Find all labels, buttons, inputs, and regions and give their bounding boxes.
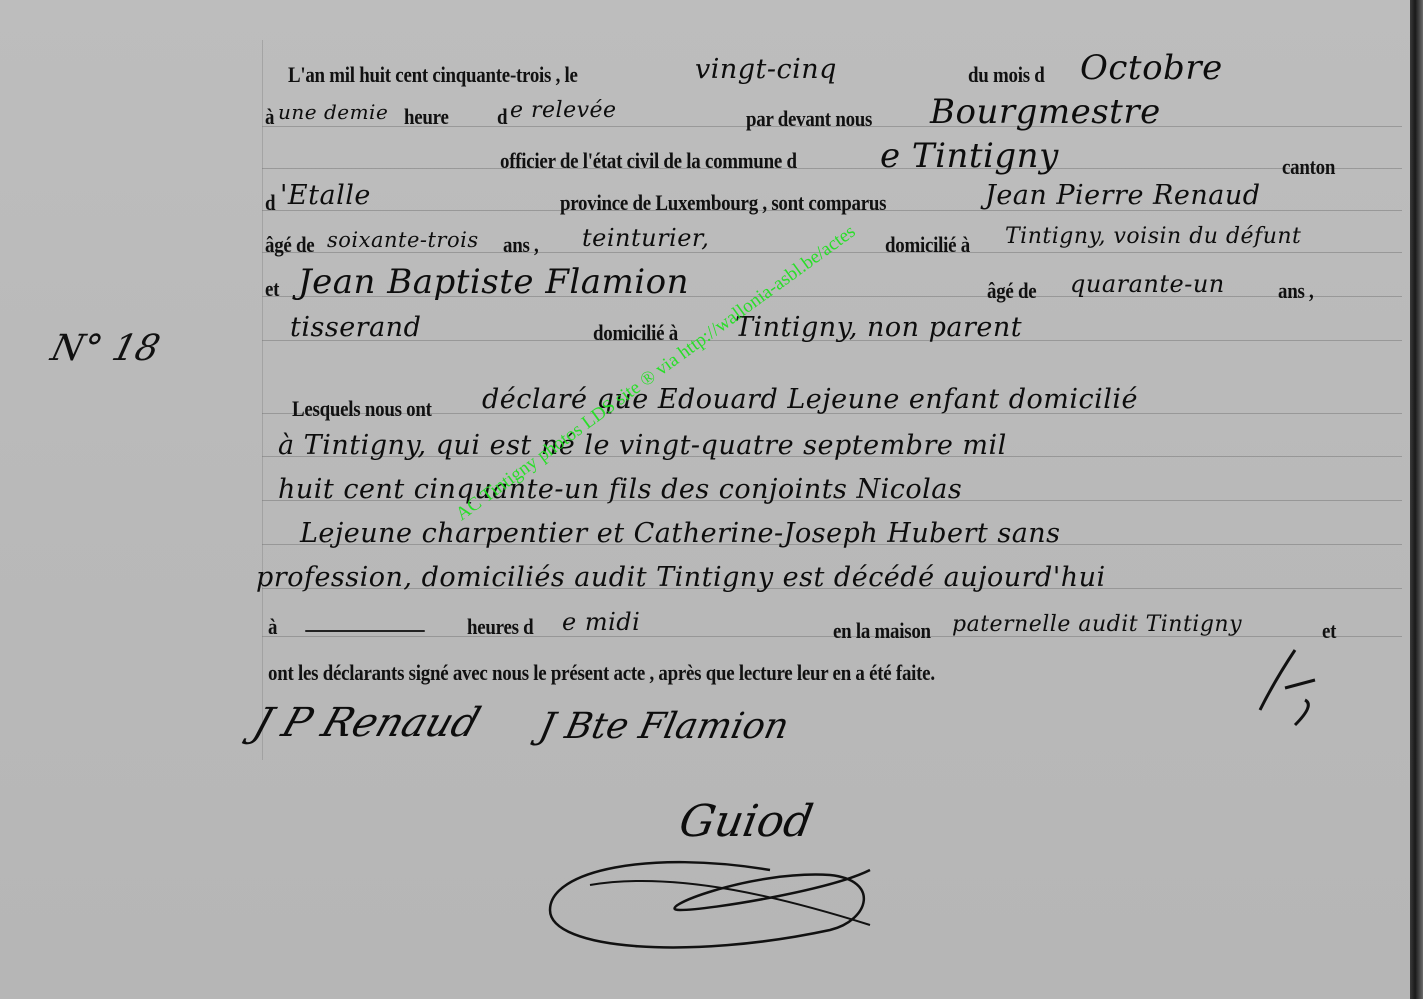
handwritten-declarant1-age: soixante-trois	[327, 228, 479, 252]
printed-text: heure	[404, 104, 449, 130]
printed-text: à	[265, 104, 274, 130]
handwritten-death-time: e midi	[562, 608, 640, 636]
margin-rule	[262, 40, 263, 760]
printed-text: L'an mil huit cent cinquante-trois , le	[288, 62, 578, 88]
blank-hour-dash	[305, 630, 425, 632]
printed-text: du mois d	[968, 62, 1045, 88]
printed-text: heures d	[467, 614, 533, 640]
handwritten-hour: une demie	[278, 100, 388, 124]
handwritten-body-line: huit cent cinquante-un fils des conjoint…	[278, 474, 962, 505]
document-page: N° 18 L'an mil huit cent cinquante-trois…	[0, 0, 1410, 999]
handwritten-period: e relevée	[510, 98, 617, 123]
printed-text: province de Luxembourg , sont comparus	[560, 190, 886, 216]
printed-text: et	[265, 276, 279, 302]
handwritten-declarant2-domicile: Tintigny, non parent	[735, 312, 1022, 343]
handwritten-body-line: Lejeune charpentier et Catherine-Joseph …	[300, 518, 1061, 549]
printed-text: âgé de	[987, 278, 1036, 304]
handwritten-declarant2-age: quarante-un	[1070, 270, 1225, 298]
record-number: N° 18	[47, 328, 164, 369]
printed-text: Lesquels nous ont	[292, 396, 432, 422]
handwritten-declarant1-occupation: teinturier,	[582, 224, 709, 252]
printed-text: à	[268, 614, 277, 640]
handwritten-body-line: à Tintigny, qui est né le vingt-quatre s…	[278, 430, 1007, 461]
printed-text: d	[265, 190, 275, 216]
handwritten-canton: 'Etalle	[280, 180, 371, 211]
signature-official: Guiod	[676, 796, 817, 847]
printed-text: ont les déclarants signé avec nous le pr…	[268, 660, 935, 686]
handwritten-body-line: déclaré que Edouard Lejeune enfant domic…	[482, 384, 1138, 415]
ruled-line	[262, 168, 1402, 169]
printed-text: ans ,	[1278, 278, 1314, 304]
handwritten-body-line: profession, domiciliés audit Tintigny es…	[256, 562, 1106, 593]
handwritten-declarant1-domicile: Tintigny, voisin du défunt	[1005, 224, 1301, 249]
handwritten-declarant2-occupation: tisserand	[290, 312, 421, 343]
signature-flourish	[530, 850, 890, 970]
signature-renaud: J P Renaud	[248, 700, 486, 746]
printed-text: en la maison	[833, 618, 931, 644]
scan-edge	[1410, 0, 1423, 999]
printed-text: canton	[1282, 154, 1335, 180]
handwritten-month: Octobre	[1080, 48, 1223, 88]
printed-text: officier de l'état civil de la commune d	[500, 148, 797, 174]
handwritten-official: Bourgmestre	[930, 92, 1161, 132]
printed-text: par devant nous	[746, 106, 872, 132]
handwritten-declarant2-name: Jean Baptiste Flamion	[298, 262, 689, 302]
handwritten-declarant1-name: Jean Pierre Renaud	[985, 180, 1261, 211]
signature-flamion: J Bte Flamion	[536, 706, 793, 747]
handwritten-commune: e Tintigny	[880, 136, 1059, 176]
printed-text: d	[497, 104, 507, 130]
printed-text: domicilié à	[885, 232, 970, 258]
handwritten-death-place: paternelle audit Tintigny	[952, 612, 1242, 637]
approval-mark	[1255, 640, 1325, 730]
handwritten-day: vingt-cinq	[695, 54, 837, 85]
printed-text: âgé de	[265, 232, 314, 258]
printed-text: domicilié à	[593, 320, 678, 346]
printed-text: ans ,	[503, 232, 539, 258]
